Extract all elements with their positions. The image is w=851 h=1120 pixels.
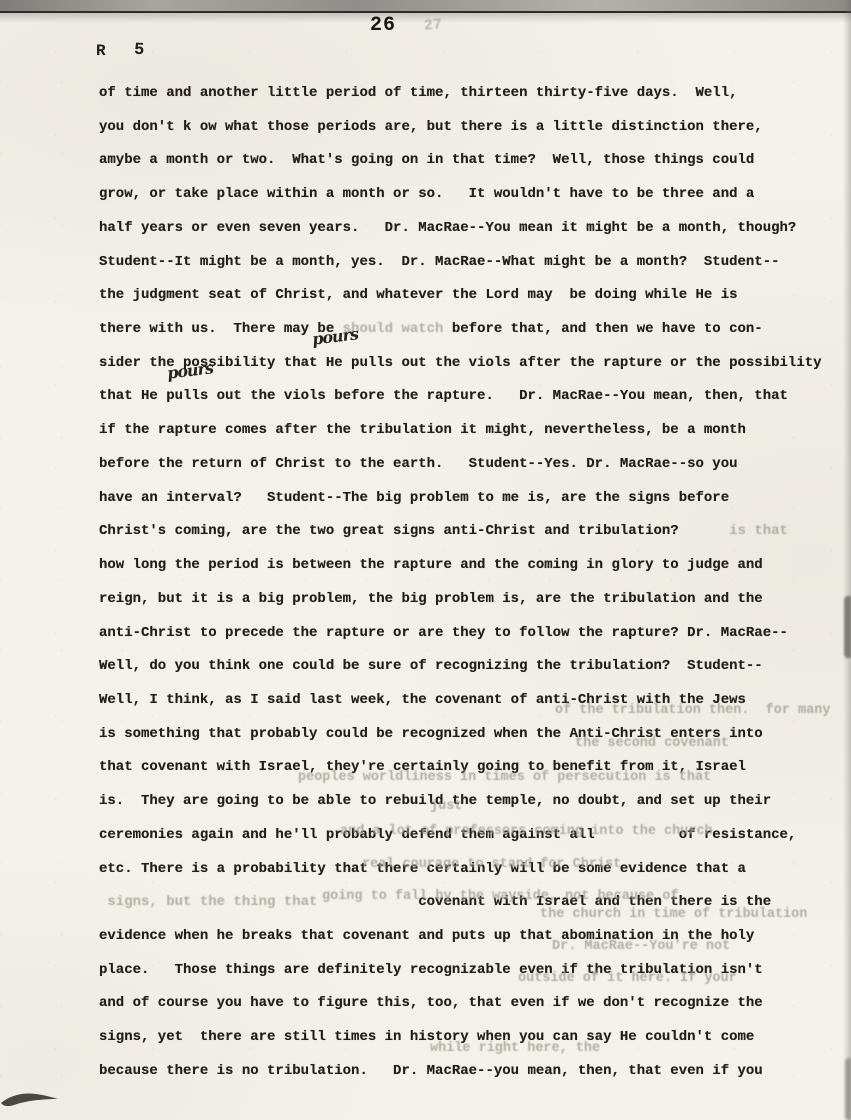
handwritten-note: pours xyxy=(166,358,214,382)
text-line: how long the period is between the raptu… xyxy=(99,557,763,574)
typewritten-segment: anti-Christ to precede the rapture or ar… xyxy=(99,625,788,641)
scan-edge-right xyxy=(843,0,851,1120)
bleed-through-segment: is that xyxy=(679,523,788,539)
text-line: and of course you have to figure this, t… xyxy=(99,995,763,1012)
typewritten-segment: of time and another little period of tim… xyxy=(99,85,738,101)
page-number: 26 xyxy=(370,14,396,37)
header-marker-number: 5 xyxy=(134,41,145,61)
typewritten-segment: if the rapture comes after the tribulati… xyxy=(99,422,746,438)
bleed-through-fragment: going to fall by the wayside, not becaus… xyxy=(322,889,678,904)
text-line: that He pulls out the viols before the r… xyxy=(99,388,788,405)
typewritten-segment: grow, or take place within a month or so… xyxy=(99,186,754,202)
typewritten-segment: reign, but it is a big problem, the big … xyxy=(99,591,763,607)
text-line: amybe a month or two. What's going on in… xyxy=(99,152,754,169)
text-line: Well, do you think one could be sure of … xyxy=(99,658,763,675)
typewritten-segment: the judgment seat of Christ, and whateve… xyxy=(99,287,738,303)
document-page: 26 27 R 5 of time and another little per… xyxy=(0,0,851,1120)
bleed-through-segment: should watch xyxy=(343,321,452,337)
typewritten-segment: because there is no tribulation. Dr. Mac… xyxy=(99,1063,763,1079)
scan-smudge xyxy=(844,596,851,658)
text-line: have an interval? Student--The big probl… xyxy=(99,490,729,507)
typewritten-segment: there with us. There may be xyxy=(99,321,343,337)
typewritten-segment: Student--It might be a month, yes. Dr. M… xyxy=(99,254,780,270)
typewritten-segment: you don't k ow what those periods are, b… xyxy=(99,119,763,135)
typewritten-segment: amybe a month or two. What's going on in… xyxy=(99,152,754,168)
bleed-through-fragment: the church in time of tribulation xyxy=(540,907,807,922)
typewritten-segment: signs, yet there are still times in hist… xyxy=(99,1029,754,1045)
typewritten-segment: how long the period is between the raptu… xyxy=(99,557,763,573)
scan-edge-top xyxy=(0,0,851,11)
text-line: reign, but it is a big problem, the big … xyxy=(99,591,763,608)
bleed-through-fragment: Dr. MacRae--You're not xyxy=(552,939,730,954)
typewritten-segment: Christ's coming, are the two great signs… xyxy=(99,523,679,539)
bleed-through-segment: signs, but the thing that xyxy=(99,894,317,910)
text-line: half years or even seven years. Dr. MacR… xyxy=(99,220,796,237)
typewritten-segment: before that, and then we have to con- xyxy=(452,321,763,337)
bleed-through-fragment: outside of it here. If your xyxy=(518,971,737,986)
text-line: there with us. There may be should watch… xyxy=(99,321,763,338)
text-line: before the return of Christ to the earth… xyxy=(99,456,738,473)
text-line: Christ's coming, are the two great signs… xyxy=(99,523,788,540)
typewritten-segment: that He pulls out the viols before the r… xyxy=(99,388,788,404)
typewritten-segment: and of course you have to figure this, t… xyxy=(99,995,763,1011)
typewritten-segment: before the return of Christ to the earth… xyxy=(99,456,738,472)
bleed-through-fragment: real courage to stand for Christ xyxy=(362,857,621,872)
text-line: you don't k ow what those periods are, b… xyxy=(99,119,763,136)
pen-mark-icon xyxy=(0,1086,62,1116)
text-line: because there is no tribulation. Dr. Mac… xyxy=(99,1063,763,1080)
text-line: of time and another little period of tim… xyxy=(99,85,738,102)
page-number-ghost: 27 xyxy=(423,16,442,34)
handwritten-note: pours xyxy=(311,324,359,348)
text-line: grow, or take place within a month or so… xyxy=(99,186,754,203)
typewritten-segment: Well, do you think one could be sure of … xyxy=(99,658,763,674)
bleed-through-fragment: while right here, the xyxy=(430,1041,600,1056)
bleed-through-fragment: peoples worldliness in times of persecut… xyxy=(298,770,711,785)
bleed-through-fragment: and a lot of professors coming into the … xyxy=(340,824,713,839)
text-line: anti-Christ to precede the rapture or ar… xyxy=(99,625,788,642)
bleed-through-fragment: just xyxy=(430,799,462,814)
typewritten-segment: have an interval? Student--The big probl… xyxy=(99,490,729,506)
text-line: the judgment seat of Christ, and whateve… xyxy=(99,287,738,304)
scan-smudge xyxy=(845,1058,851,1120)
text-line: Student--It might be a month, yes. Dr. M… xyxy=(99,254,780,271)
text-line: signs, yet there are still times in hist… xyxy=(99,1029,754,1046)
header-marker-letter: R xyxy=(96,42,106,60)
text-line: if the rapture comes after the tribulati… xyxy=(99,422,746,439)
bleed-through-fragment: of the tribulation then. for many xyxy=(555,703,830,718)
bleed-through-fragment: the second covenant xyxy=(575,736,729,751)
typewritten-segment: half years or even seven years. Dr. MacR… xyxy=(99,220,796,236)
